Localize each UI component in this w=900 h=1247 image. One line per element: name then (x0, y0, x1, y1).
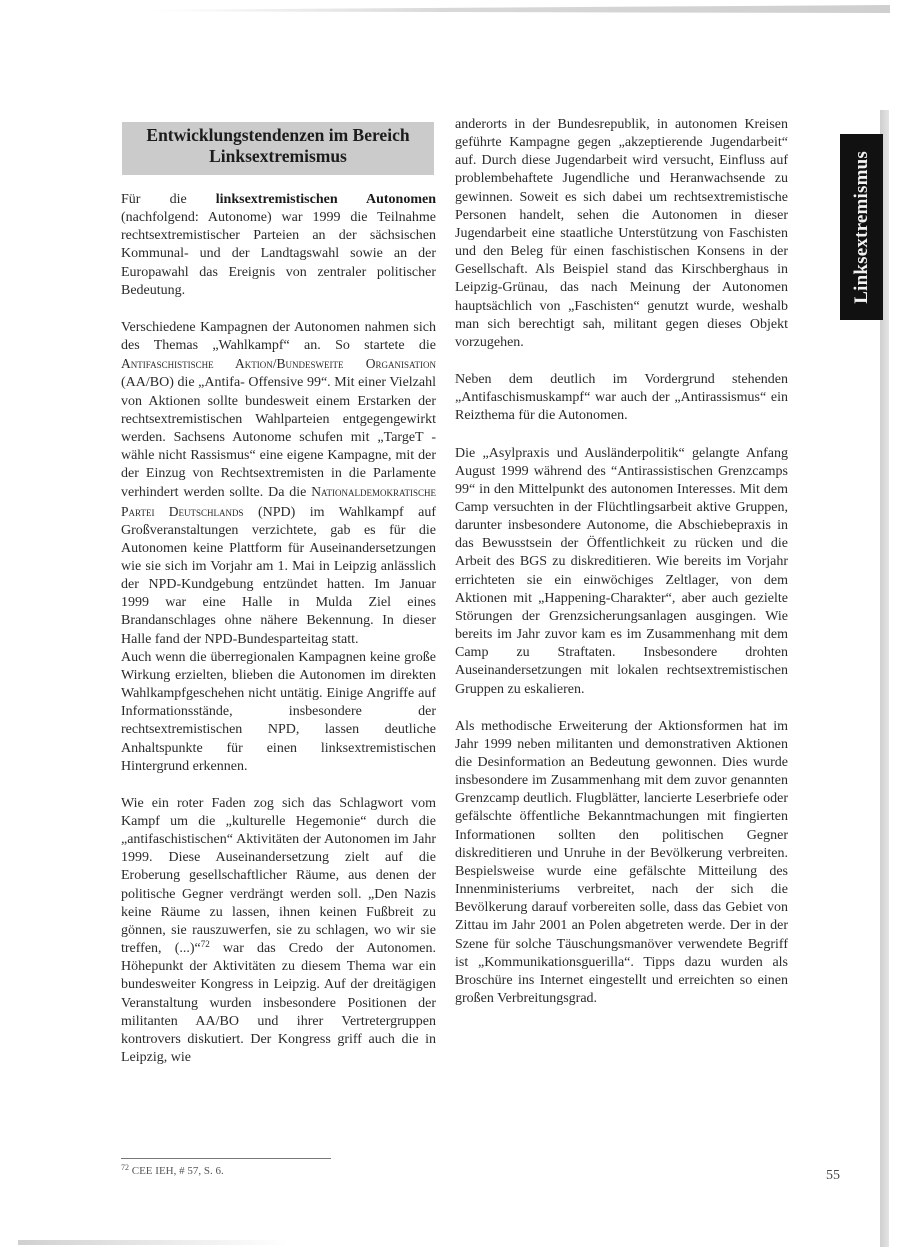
chapter-side-tab: Linksextremismus (840, 134, 883, 320)
footnote-divider (121, 1158, 331, 1159)
right-column: anderorts in der Bundesrepublik, in auto… (455, 116, 788, 1008)
text-run: Verschiedene Kampagnen der Autonomen nah… (121, 320, 436, 353)
footnote-reference[interactable]: 72 (201, 939, 210, 949)
bold-term: linksextremistischen Autonomen (216, 192, 436, 207)
scan-top-shadow (150, 5, 890, 13)
paragraph-disinformation: Als methodische Erweiterung der Aktionsf… (455, 718, 788, 1009)
text-run: war das Credo der Autonomen. Höhepunkt d… (121, 941, 436, 1065)
section-heading-line1: Entwicklungstendenzen im Bereich (122, 125, 434, 146)
paragraph-youth-work: anderorts in der Bundesrepublik, in auto… (455, 116, 788, 352)
text-run: Für die (121, 192, 216, 207)
paragraph-campaign-effects: Auch wenn die überregionalen Kampagnen k… (121, 649, 436, 776)
scan-bottom-shadow (18, 1240, 288, 1245)
chapter-side-tab-label: Linksextremismus (851, 151, 873, 304)
section-heading-line2: Linksextremismus (122, 146, 434, 167)
section-heading: Entwicklungstendenzen im Bereich Linksex… (122, 122, 434, 175)
paragraph-border-camp: Die „Asylpraxis und Ausländerpolitik“ ge… (455, 445, 788, 699)
text-run: (AA/BO) die „Antifa- Offensive 99“. Mit … (121, 375, 436, 500)
text-run: Wie ein roter Faden zog sich das Schlagw… (121, 796, 436, 956)
footnote-number: 72 (121, 1163, 129, 1172)
paragraph-campaigns: Verschiedene Kampagnen der Autonomen nah… (121, 319, 436, 649)
org-name-aabo: Antifaschistische Aktion/Bundesweite Org… (121, 356, 436, 371)
text-run: (nachfolgend: Autonome) war 1999 die Tei… (121, 210, 436, 298)
left-column: Für die linksextremistischen Autonomen (… (121, 191, 436, 1067)
paragraph-intro: Für die linksextremistischen Autonomen (… (121, 191, 436, 300)
footnote: 72 CEE IEH, # 57, S. 6. (121, 1165, 224, 1177)
paragraph-antiracism: Neben dem deutlich im Vordergrund stehen… (455, 371, 788, 425)
paragraph-hegemony: Wie ein roter Faden zog sich das Schlagw… (121, 795, 436, 1067)
footnote-text: CEE IEH, # 57, S. 6. (132, 1165, 224, 1177)
page-number: 55 (826, 1168, 840, 1184)
text-run: (NPD) im Wahlkampf auf Großveranstaltung… (121, 505, 436, 647)
